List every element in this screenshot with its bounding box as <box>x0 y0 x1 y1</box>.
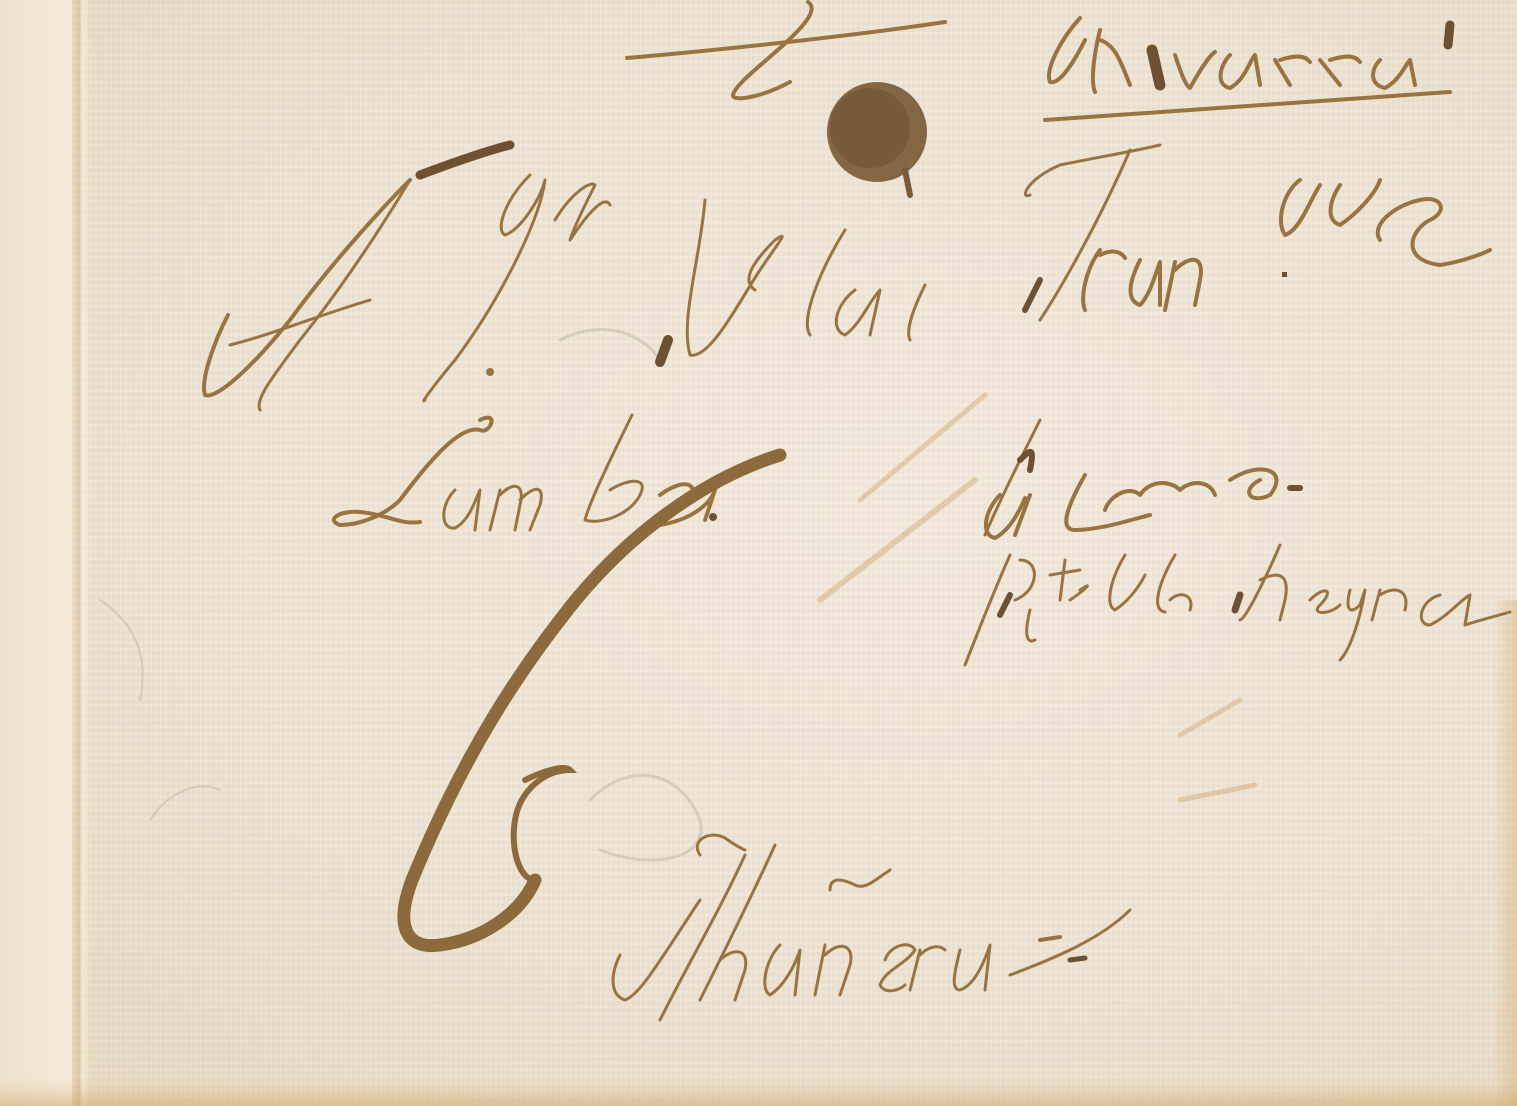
navarra-mark <box>1045 18 1450 120</box>
destination-maneru <box>613 835 1130 1020</box>
title-Dn <box>424 175 610 401</box>
handwriting-layer <box>0 0 1517 1106</box>
ink-blot-seal <box>827 82 927 195</box>
second-name-Franco-de <box>1025 145 1490 320</box>
route-puente-la-reina <box>965 545 1510 665</box>
rate-mark-2 <box>627 2 945 98</box>
given-name-Blas <box>660 200 925 362</box>
salutation-A <box>204 145 510 410</box>
route-por-logrono <box>985 420 1300 538</box>
show-through-ghost-strokes <box>100 330 701 860</box>
postal-rate-6 <box>404 455 780 946</box>
